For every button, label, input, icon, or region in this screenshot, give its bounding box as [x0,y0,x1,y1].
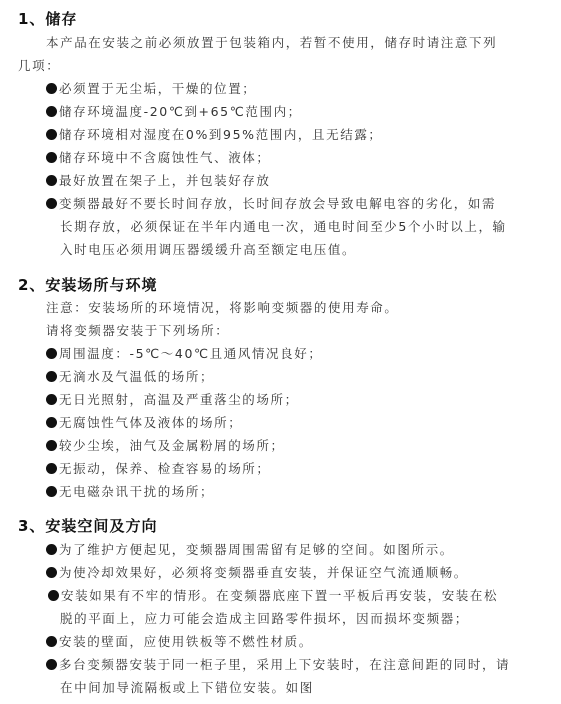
list-item: 必须置于无尘垢，干燥的位置； [46,79,256,97]
list-item: 无振动，保养、检查容易的场所； [46,459,271,477]
bullet-icon [46,463,57,474]
list-item: 储存环境相对湿度在0%到95%范围内，且无结露； [46,125,383,143]
bullet-icon [46,129,57,140]
list-item-continuation: 脱的平面上，应力可能会造成主回路零件损坏，因而损坏变频器； [60,609,469,627]
bullet-icon [46,83,57,94]
list-item: 储存环境中不含腐蚀性气、液体； [46,148,271,166]
bullet-icon [46,106,57,117]
list-item: 为使冷却效果好，必须将变频器垂直安装，并保证空气流通顺畅。 [46,563,468,581]
paragraph: 几项： [18,56,60,74]
list-item: 无日光照射，高温及严重落尘的场所； [46,390,299,408]
bullet-icon [46,440,57,451]
list-item: 无腐蚀性气体及液体的场所； [46,413,242,431]
list-item: 无电磁杂讯干扰的场所； [46,482,214,500]
bullet-icon [46,198,57,209]
list-item-continuation: 长期存放，必须保证在半年内通电一次，通电时间至少5个小时以上，输 [60,217,507,235]
note: 注意：安装场所的环境情况，将影响变频器的使用寿命。 [46,298,399,316]
bullet-icon [46,636,57,647]
bullet-icon [46,394,57,405]
list-item-continuation: 在中间加导流隔板或上下错位安装。如图 [60,678,314,696]
bullet-icon [46,486,57,497]
bullet-icon [46,417,57,428]
section-title: 1、储存 [18,8,77,29]
list-item: 为了维护方便起见，变频器周围需留有足够的空间。如图所示。 [46,540,454,558]
list-item: 周围温度：-5℃～40℃且通风情况良好； [46,344,322,362]
list-item: 多台变频器安装于同一柜子里，采用上下安装时，在注意间距的同时，请 [46,655,510,673]
list-item-continuation: 入时电压必须用调压器缓缓升高至额定电压值。 [60,240,356,258]
section-title: 2、安装场所与环境 [18,274,157,295]
bullet-icon [46,152,57,163]
bullet-icon [46,348,57,359]
list-item: 储存环境温度-20℃到+65℃范围内； [46,102,302,120]
list-item: 无滴水及气温低的场所； [46,367,214,385]
list-item: 最好放置在架子上，并包装好存放 [46,171,271,189]
section-title: 3、安装空间及方向 [18,515,157,536]
bullet-icon [48,590,59,601]
bullet-icon [46,567,57,578]
bullet-icon [46,544,57,555]
paragraph: 本产品在安装之前必须放置于包装箱内，若暂不使用，储存时请注意下列 [46,33,497,51]
list-item: 安装的壁面，应使用铁板等不燃性材质。 [46,632,313,650]
paragraph: 请将变频器安装于下列场所： [46,321,229,339]
bullet-icon [46,659,57,670]
list-item: 变频器最好不要长时间存放，长时间存放会导致电解电容的劣化，如需 [46,194,496,212]
bullet-icon [46,371,57,382]
bullet-icon [46,175,57,186]
list-item: 安装如果有不牢的情形。在变频器底座下置一平板后再安装，安装在松 [48,586,498,604]
list-item: 较少尘埃，油气及金属粉屑的场所； [46,436,285,454]
